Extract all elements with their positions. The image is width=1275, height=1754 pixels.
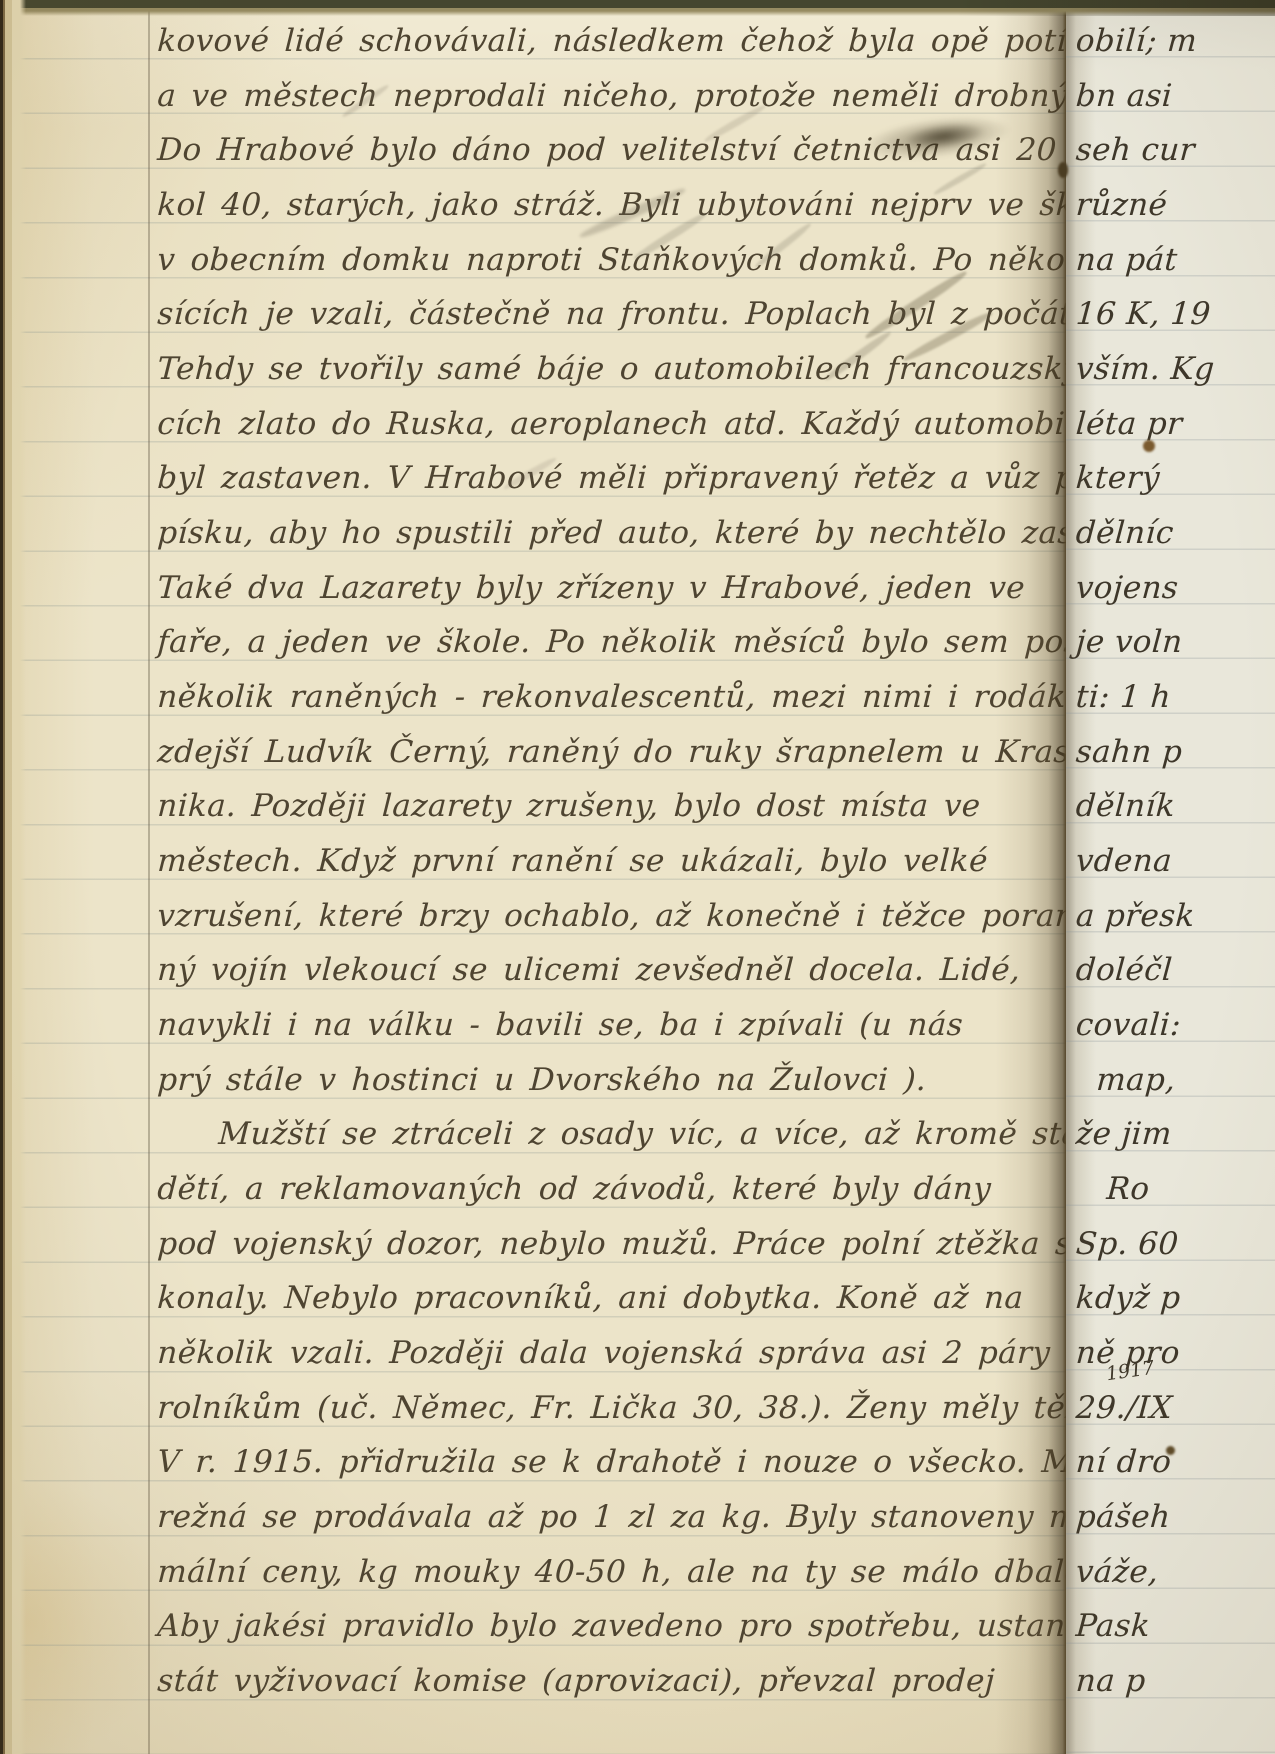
handwritten-line: a ve městech neprodali ničeho, protože n… [156,69,1049,124]
handwritten-line: městech. Když první ranění se ukázali, b… [156,834,1049,889]
handwritten-line: nika. Později lazarety zrušeny, bylo dos… [156,779,1049,834]
handwritten-line: Do Hrabové bylo dáno pod velitelství čet… [156,123,1049,178]
handwritten-line: Pask [1074,1599,1275,1654]
handwritten-line: režná se prodávala až po 1 zl za kg. Byl… [156,1490,1049,1545]
handwritten-line: faře, a jeden ve škole. Po několik měsíc… [156,615,1049,670]
handwritten-line: Mužští se ztráceli z osady víc, a více, … [156,1107,1049,1162]
handwritten-line: kovové lidé schovávali, následkem čehož … [156,14,1049,69]
handwritten-line: v obecním domku naproti Staňkových domků… [156,233,1049,288]
handwritten-line: 29./IX [1074,1381,1275,1436]
handwritten-line: covali: [1074,998,1275,1053]
handwritten-line: ti: 1 h [1074,670,1275,725]
right-page-text: obilí; m bn asi seh cur různé na pát 16 … [1074,14,1275,1709]
handwritten-line: doléčl [1074,943,1275,998]
handwritten-line: konaly. Nebylo pracovníků, ani dobytka. … [156,1271,1049,1326]
handwritten-line: když p [1074,1271,1275,1326]
handwritten-line: je voln [1074,615,1275,670]
handwritten-line: sahn p [1074,725,1275,780]
scan-top-edge [0,0,1275,16]
book-gutter-shadow [995,0,1066,1754]
handwritten-line: na p [1074,1654,1275,1709]
handwritten-line: ní dro [1074,1435,1275,1490]
handwritten-line: Tehdy se tvořily samé báje o automobilec… [156,342,1049,397]
handwritten-line: na pát [1074,233,1275,288]
handwritten-line: pášeh [1074,1490,1275,1545]
handwritten-line: 16 K, 19 [1074,287,1275,342]
left-page: kovové lidé schovávali, následkem čehož … [0,0,1066,1754]
handwritten-line: zdejší Ludvík Černý, raněný do ruky šrap… [156,725,1049,780]
handwritten-line: bn asi [1074,69,1275,124]
handwritten-line: V r. 1915. přidružila se k drahotě i nou… [156,1435,1049,1490]
manuscript-scan: kovové lidé schovávali, následkem čehož … [0,0,1275,1754]
handwritten-line: prý stále v hostinci u Dvorského na Žulo… [156,1053,1049,1108]
book-binding-edge [0,0,26,1754]
handwritten-line: který [1074,451,1275,506]
handwritten-line: dětí, a reklamovaných od závodů, které b… [156,1162,1049,1217]
handwritten-line: ně pro [1074,1326,1275,1381]
handwritten-line: váže, [1074,1545,1275,1600]
handwritten-line: dělníc [1074,506,1275,561]
handwritten-line: písku, aby ho spustili před auto, které … [156,506,1049,561]
handwritten-line: vzrušení, které brzy ochablo, až konečně… [156,889,1049,944]
handwritten-line: že jim [1074,1107,1275,1162]
handwritten-line: Ro [1074,1162,1275,1217]
handwritten-line: Aby jakési pravidlo bylo zavedeno pro sp… [156,1599,1049,1654]
handwritten-line: navykli i na válku - bavili se, ba i zpí… [156,998,1049,1053]
handwritten-line: mální ceny, kg mouky 40-50 h, ale na ty … [156,1545,1049,1600]
handwritten-line: a přesk [1074,889,1275,944]
margin-rule [148,0,150,1754]
handwritten-line: léta pr [1074,397,1275,452]
handwritten-line: rolníkům (uč. Němec, Fr. Lička 30, 38.).… [156,1381,1049,1436]
handwritten-line: seh cur [1074,123,1275,178]
handwritten-line: obilí; m [1074,14,1275,69]
left-page-text: kovové lidé schovávali, následkem čehož … [156,14,1046,1709]
handwritten-line: map, [1074,1053,1275,1108]
handwritten-line: stát vyživovací komise (aprovizaci), pře… [156,1654,1049,1709]
handwritten-line: sících je vzali, částečně na frontu. Pop… [156,287,1049,342]
handwritten-line: ný vojín vlekoucí se ulicemi zevšedněl d… [156,943,1049,998]
handwritten-line: pod vojenský dozor, nebylo mužů. Práce p… [156,1217,1049,1272]
handwritten-line: Sp. 60 [1074,1217,1275,1272]
handwritten-line: vojens [1074,561,1275,616]
handwritten-line: několik raněných - rekonvalescentů, mezi… [156,670,1049,725]
handwritten-line: několik vzali. Později dala vojenská spr… [156,1326,1049,1381]
handwritten-line: vším. Kg [1074,342,1275,397]
handwritten-line: kol 40, starých, jako stráž. Byli ubytov… [156,178,1049,233]
handwritten-line: Také dva Lazarety byly zřízeny v Hrabové… [156,561,1049,616]
handwritten-line: dělník [1074,779,1275,834]
handwritten-line: cích zlato do Ruska, aeroplanech atd. Ka… [156,397,1049,452]
right-page: obilí; m bn asi seh cur různé na pát 16 … [1066,0,1275,1754]
handwritten-line: vdena [1074,834,1275,889]
handwritten-line: byl zastaven. V Hrabové měli připravený … [156,451,1049,506]
handwritten-line: různé [1074,178,1275,233]
